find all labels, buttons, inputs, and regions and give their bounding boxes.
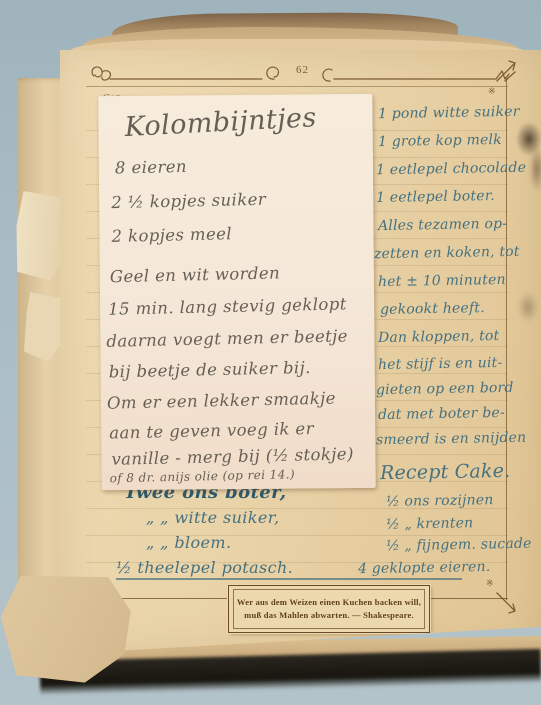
handwritten-line: het ± 10 minuten: [378, 272, 506, 290]
ingredient-line: ½ „ fijngem. sucade: [386, 536, 532, 555]
handwritten-line: Alles tezamen op-: [378, 216, 507, 234]
handwritten-line: 1 pond witte suiker: [378, 104, 520, 122]
scanned-recipe-book-photo: { "document": { "page_number": "62", "sc…: [0, 0, 541, 705]
handwritten-line: of 8 dr. anijs olie (op rei 14.): [109, 467, 295, 485]
right-border-line: [506, 76, 507, 600]
corner-ornament-top-right: [494, 58, 520, 84]
page-number: 62: [296, 64, 309, 76]
handwritten-line: daarna voegt men er beetje: [106, 326, 348, 350]
handwritten-line: 2 kopjes meel: [111, 224, 232, 246]
recipe-heading: Recept Cake.: [380, 460, 511, 484]
quote-attribution: muß das Mahlen abwarten. — Shakespeare.: [244, 609, 414, 622]
handwritten-line: 1 eetlepel boter.: [376, 188, 495, 206]
handwritten-line: „ „ witte suiker,: [146, 508, 280, 527]
ink-stain: [530, 146, 541, 192]
handwritten-line: zetten en koken, tot: [374, 244, 520, 263]
handwritten-line: smeerd is en snijden: [376, 430, 527, 449]
quote-inner-border: Wer aus dem Weizen einen Kuchen backen w…: [233, 589, 425, 629]
handwritten-line: „ „ bloem.: [146, 533, 231, 552]
ingredient-line: ½ „ krenten: [386, 515, 474, 533]
ingredient-line: 4 geklopte eieren.: [358, 559, 491, 577]
printed-quote-box: Wer aus dem Weizen einen Kuchen backen w…: [228, 585, 430, 633]
handwritten-line: vanille - merg bij (½ stokje): [111, 444, 354, 468]
handwritten-line: het stijf is en uit-: [378, 355, 503, 373]
reference-mark-icon: ※: [488, 86, 496, 97]
ink-stain: [518, 292, 538, 322]
notebook-page: 62 Coo ※ ※ 1 pond witte suiker 1 grote k…: [60, 50, 541, 654]
handwritten-line: Om er een lekker smaakje: [107, 389, 336, 413]
ingredient-line: ½ ons rozijnen: [386, 492, 494, 510]
handwritten-line: ½ theelepel potasch.: [116, 558, 293, 577]
handwritten-line: gieten op een bord: [376, 380, 514, 398]
handwritten-line: 1 grote kop melk: [378, 132, 502, 150]
handwritten-line: dat met boter be-: [378, 405, 505, 423]
handwritten-line: 2 ½ kopjes suiker: [111, 190, 266, 213]
handwritten-line: Dan kloppen, tot: [378, 328, 500, 346]
ink-underline: [116, 578, 462, 580]
handwritten-line: 8 eieren: [115, 157, 187, 178]
handwritten-line: aan te geven voeg ik er: [109, 419, 314, 443]
pasted-recipe-note: Kolombijntjes 8 eieren 2 ½ kopjes suiker…: [98, 94, 375, 490]
quote-text: Wer aus dem Weizen einen Kuchen backen w…: [237, 596, 421, 609]
handwritten-line: bij beetje de suiker bij.: [108, 358, 310, 382]
recipe-title: Kolombijntjes: [124, 102, 317, 143]
header-rule-line: [86, 86, 508, 87]
handwritten-line: 15 min. lang stevig geklopt: [108, 294, 347, 318]
handwritten-line: gekookt heeft.: [380, 300, 485, 318]
handwritten-line: Geel en wit worden: [110, 263, 281, 286]
reference-mark-icon: ※: [486, 578, 494, 589]
handwritten-line: 1 eetlepel chocolade: [376, 160, 526, 179]
corner-ornament-bottom-right: [494, 590, 520, 616]
